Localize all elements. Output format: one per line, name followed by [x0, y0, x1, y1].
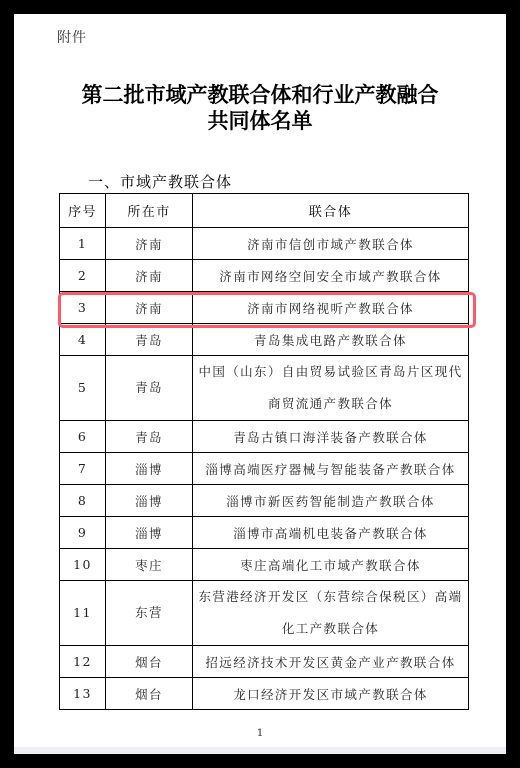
- table-row: 13烟台龙口经济开发区市域产教联合体: [60, 678, 469, 710]
- cell-city: 烟台: [106, 646, 193, 678]
- table-row: 3济南济南市网络视听产教联合体: [60, 292, 469, 324]
- table-row: 6青岛青岛古镇口海洋装备产教联合体: [60, 421, 469, 453]
- cell-alliance-name: 龙口经济开发区市域产教联合体: [193, 678, 469, 710]
- cell-alliance-name: 青岛集成电路产教联合体: [193, 324, 469, 356]
- table-row: 7淄博淄博高端医疗器械与智能装备产教联合体: [60, 453, 469, 485]
- cell-number: 6: [60, 421, 106, 453]
- table-row: 9淄博淄博市高端机电装备产教联合体: [60, 517, 469, 549]
- table-row: 4青岛青岛集成电路产教联合体: [60, 324, 469, 356]
- header-alliance: 联合体: [193, 194, 469, 228]
- section-heading: 一、市域产教联合体: [88, 171, 232, 192]
- cell-number: 12: [60, 646, 106, 678]
- alliance-name-line: 济南市网络空间安全市域产教联合体: [193, 267, 468, 285]
- cell-alliance-name: 淄博高端医疗器械与智能装备产教联合体: [193, 453, 469, 485]
- cell-number: 7: [60, 453, 106, 485]
- document-title: 第二批市域产教联合体和行业产教融合 共同体名单: [14, 82, 506, 134]
- table-row: 12烟台招远经济技术开发区黄金产业产教联合体: [60, 646, 469, 678]
- table-header-row: 序号 所在市 联合体: [60, 194, 469, 228]
- table-row: 2济南济南市网络空间安全市域产教联合体: [60, 260, 469, 292]
- title-line-2: 共同体名单: [14, 108, 506, 134]
- cell-city: 青岛: [106, 421, 193, 453]
- alliance-name-line: 商贸流通产教联合体: [193, 388, 468, 420]
- cell-alliance-name: 招远经济技术开发区黄金产业产教联合体: [193, 646, 469, 678]
- cell-city: 青岛: [106, 324, 193, 356]
- alliance-name-line: 淄博市高端机电装备产教联合体: [193, 524, 468, 542]
- alliance-name-line: 济南市信创市域产教联合体: [193, 235, 468, 253]
- cell-city: 淄博: [106, 517, 193, 549]
- alliance-name-line: 淄博市新医药智能制造产教联合体: [193, 492, 468, 510]
- cell-alliance-name: 东营港经济开发区（东营综合保税区）高端化工产教联合体: [193, 581, 469, 646]
- cell-city: 东营: [106, 581, 193, 646]
- cell-alliance-name: 淄博市新医药智能制造产教联合体: [193, 485, 469, 517]
- alliance-name-line: 中国（山东）自由贸易试验区青岛片区现代: [193, 356, 468, 388]
- cell-number: 8: [60, 485, 106, 517]
- title-line-1: 第二批市域产教联合体和行业产教融合: [14, 82, 506, 108]
- page-number: 1: [14, 728, 506, 739]
- cell-number: 5: [60, 356, 106, 421]
- table-row: 8淄博淄博市新医药智能制造产教联合体: [60, 485, 469, 517]
- cell-city: 济南: [106, 260, 193, 292]
- cell-alliance-name: 青岛古镇口海洋装备产教联合体: [193, 421, 469, 453]
- cell-number: 9: [60, 517, 106, 549]
- cell-city: 淄博: [106, 485, 193, 517]
- document-page: 附件 第二批市域产教联合体和行业产教融合 共同体名单 一、市域产教联合体 序号 …: [14, 14, 506, 754]
- alliance-name-line: 化工产教联合体: [193, 613, 468, 645]
- cell-alliance-name: 淄博市高端机电装备产教联合体: [193, 517, 469, 549]
- header-city: 所在市: [106, 194, 193, 228]
- attachment-label: 附件: [57, 27, 87, 47]
- cell-number: 10: [60, 549, 106, 581]
- alliance-name-line: 济南市网络视听产教联合体: [193, 299, 468, 317]
- alliance-name-line: 东营港经济开发区（东营综合保税区）高端: [193, 581, 468, 613]
- alliance-name-line: 招远经济技术开发区黄金产业产教联合体: [193, 653, 468, 671]
- alliance-name-line: 枣庄高端化工市域产教联合体: [193, 556, 468, 574]
- header-number: 序号: [60, 194, 106, 228]
- alliance-name-line: 青岛古镇口海洋装备产教联合体: [193, 428, 468, 446]
- cell-city: 青岛: [106, 356, 193, 421]
- cell-city: 烟台: [106, 678, 193, 710]
- cell-number: 4: [60, 324, 106, 356]
- cell-alliance-name: 济南市信创市域产教联合体: [193, 228, 469, 260]
- table-row: 1济南济南市信创市域产教联合体: [60, 228, 469, 260]
- cell-city: 淄博: [106, 453, 193, 485]
- cell-alliance-name: 枣庄高端化工市域产教联合体: [193, 549, 469, 581]
- alliance-name-line: 龙口经济开发区市域产教联合体: [193, 685, 468, 703]
- alliance-table: 序号 所在市 联合体 1济南济南市信创市域产教联合体2济南济南市网络空间安全市域…: [59, 193, 469, 710]
- cell-number: 11: [60, 581, 106, 646]
- table-row: 10枣庄枣庄高端化工市域产教联合体: [60, 549, 469, 581]
- cell-number: 2: [60, 260, 106, 292]
- cell-alliance-name: 中国（山东）自由贸易试验区青岛片区现代商贸流通产教联合体: [193, 356, 469, 421]
- alliance-name-line: 淄博高端医疗器械与智能装备产教联合体: [193, 460, 468, 478]
- cell-number: 3: [60, 292, 106, 324]
- cell-number: 1: [60, 228, 106, 260]
- alliance-name-line: 青岛集成电路产教联合体: [193, 331, 468, 349]
- cell-city: 济南: [106, 292, 193, 324]
- table-row: 11东营东营港经济开发区（东营综合保税区）高端化工产教联合体: [60, 581, 469, 646]
- cell-city: 枣庄: [106, 549, 193, 581]
- cell-city: 济南: [106, 228, 193, 260]
- table-row: 5青岛中国（山东）自由贸易试验区青岛片区现代商贸流通产教联合体: [60, 356, 469, 421]
- cell-alliance-name: 济南市网络视听产教联合体: [193, 292, 469, 324]
- cell-alliance-name: 济南市网络空间安全市域产教联合体: [193, 260, 469, 292]
- page-bottom-strip: [14, 747, 506, 754]
- cell-number: 13: [60, 678, 106, 710]
